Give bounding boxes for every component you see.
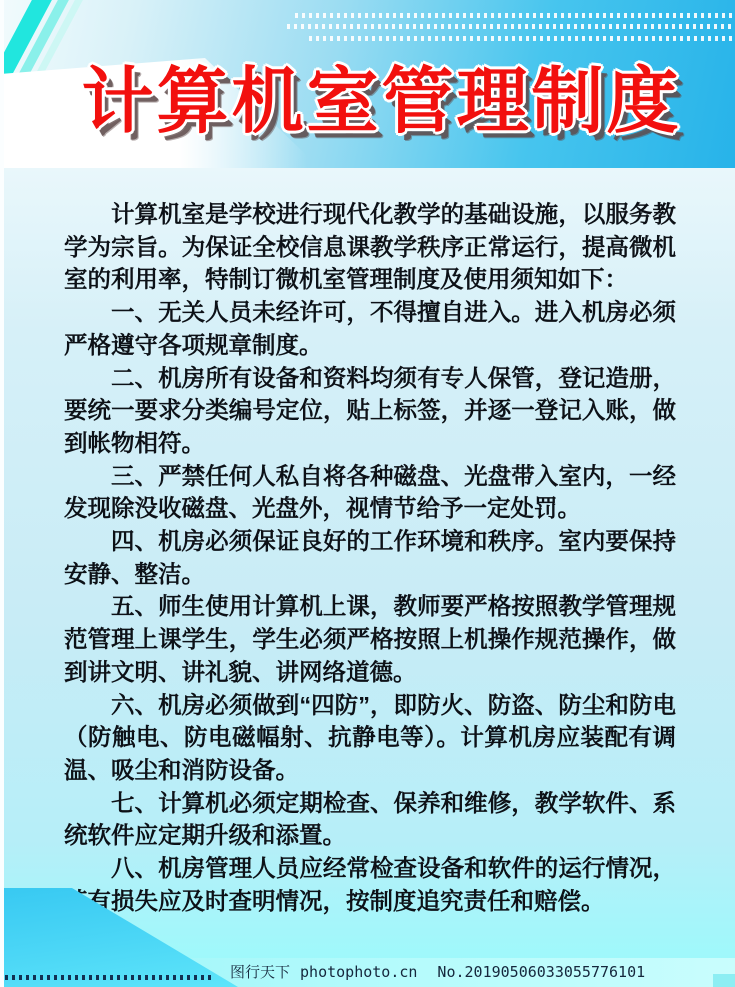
paragraph-rule-7: 七、计算机必须定期检查、保养和维修，教学软件、系统软件应定期升级和添置。 xyxy=(64,787,676,852)
paragraph-rule-4: 四、机房必须保证良好的工作环境和秩序。室内要保持安静、整洁。 xyxy=(64,525,676,590)
paragraph-rule-6: 六、机房必须做到“四防”，即防火、防盗、防尘和防电（防触电、防电磁幅射、抗静电等… xyxy=(64,689,676,787)
poster-computer-room-rules: 计算机室管理制度 计算机室是学校进行现代化教学的基础设施，以服务教学为宗旨。为保… xyxy=(0,0,735,987)
dotted-line-row-3 xyxy=(309,36,735,41)
watermark-domain: photophoto.cn xyxy=(300,963,417,981)
left-white-edge xyxy=(0,0,4,987)
dotted-line-row-2 xyxy=(287,24,735,29)
paragraph-rule-2: 二、机房所有设备和资料均须有专人保管，登记造册，要统一要求分类编号定位，贴上标签… xyxy=(64,362,676,460)
bottom-left-dotted-line xyxy=(5,975,213,980)
header-banner: 计算机室管理制度 xyxy=(0,0,735,168)
watermark-number: No.20190506033055776101 xyxy=(437,963,645,981)
paragraph-rule-3: 三、严禁任何人私自将各种磁盘、光盘带入室内，一经发现除没收磁盘、光盘外，视情节给… xyxy=(64,460,676,525)
dotted-line-row-1 xyxy=(295,13,735,18)
paragraph-rule-1: 一、无关人员未经许可，不得擅自进入。进入机房必须严格遵守各项规章制度。 xyxy=(64,296,676,361)
watermark-site: 图行天下 xyxy=(230,963,290,981)
watermark-text: 图行天下photophoto.cnNo.20190506033055776101 xyxy=(230,960,645,984)
poster-title: 计算机室管理制度 xyxy=(14,50,735,160)
rules-text-block: 计算机室是学校进行现代化教学的基础设施，以服务教学为宗旨。为保证全校信息课教学秩… xyxy=(64,168,676,917)
bottom-right-corner-tile xyxy=(713,974,735,987)
paragraph-rule-5: 五、师生使用计算机上课，教师要严格按照教学管理规范管理上课学生，学生必须严格按照… xyxy=(64,590,676,688)
paragraph-intro: 计算机室是学校进行现代化教学的基础设施，以服务教学为宗旨。为保证全校信息课教学秩… xyxy=(64,198,676,296)
paragraph-rule-8: 八、机房管理人员应经常检查设备和软件的运行情况，若有损失应及时查明情况，按制度追… xyxy=(64,852,676,917)
